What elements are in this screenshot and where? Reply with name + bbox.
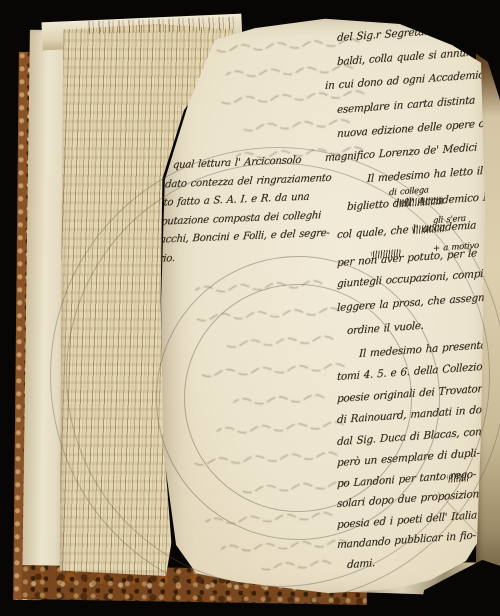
photograph: E la qual lettura l' Arciconsoloha dato … bbox=[0, 0, 500, 616]
main-text: del Sig.r Segretario Lambru-baldi, colla… bbox=[337, 26, 495, 575]
manuscript-page: E la qual lettura l' Arciconsoloha dato … bbox=[155, 14, 495, 602]
ink-scribble-strikeout bbox=[447, 473, 470, 483]
show-through-writing-middle bbox=[155, 270, 361, 580]
